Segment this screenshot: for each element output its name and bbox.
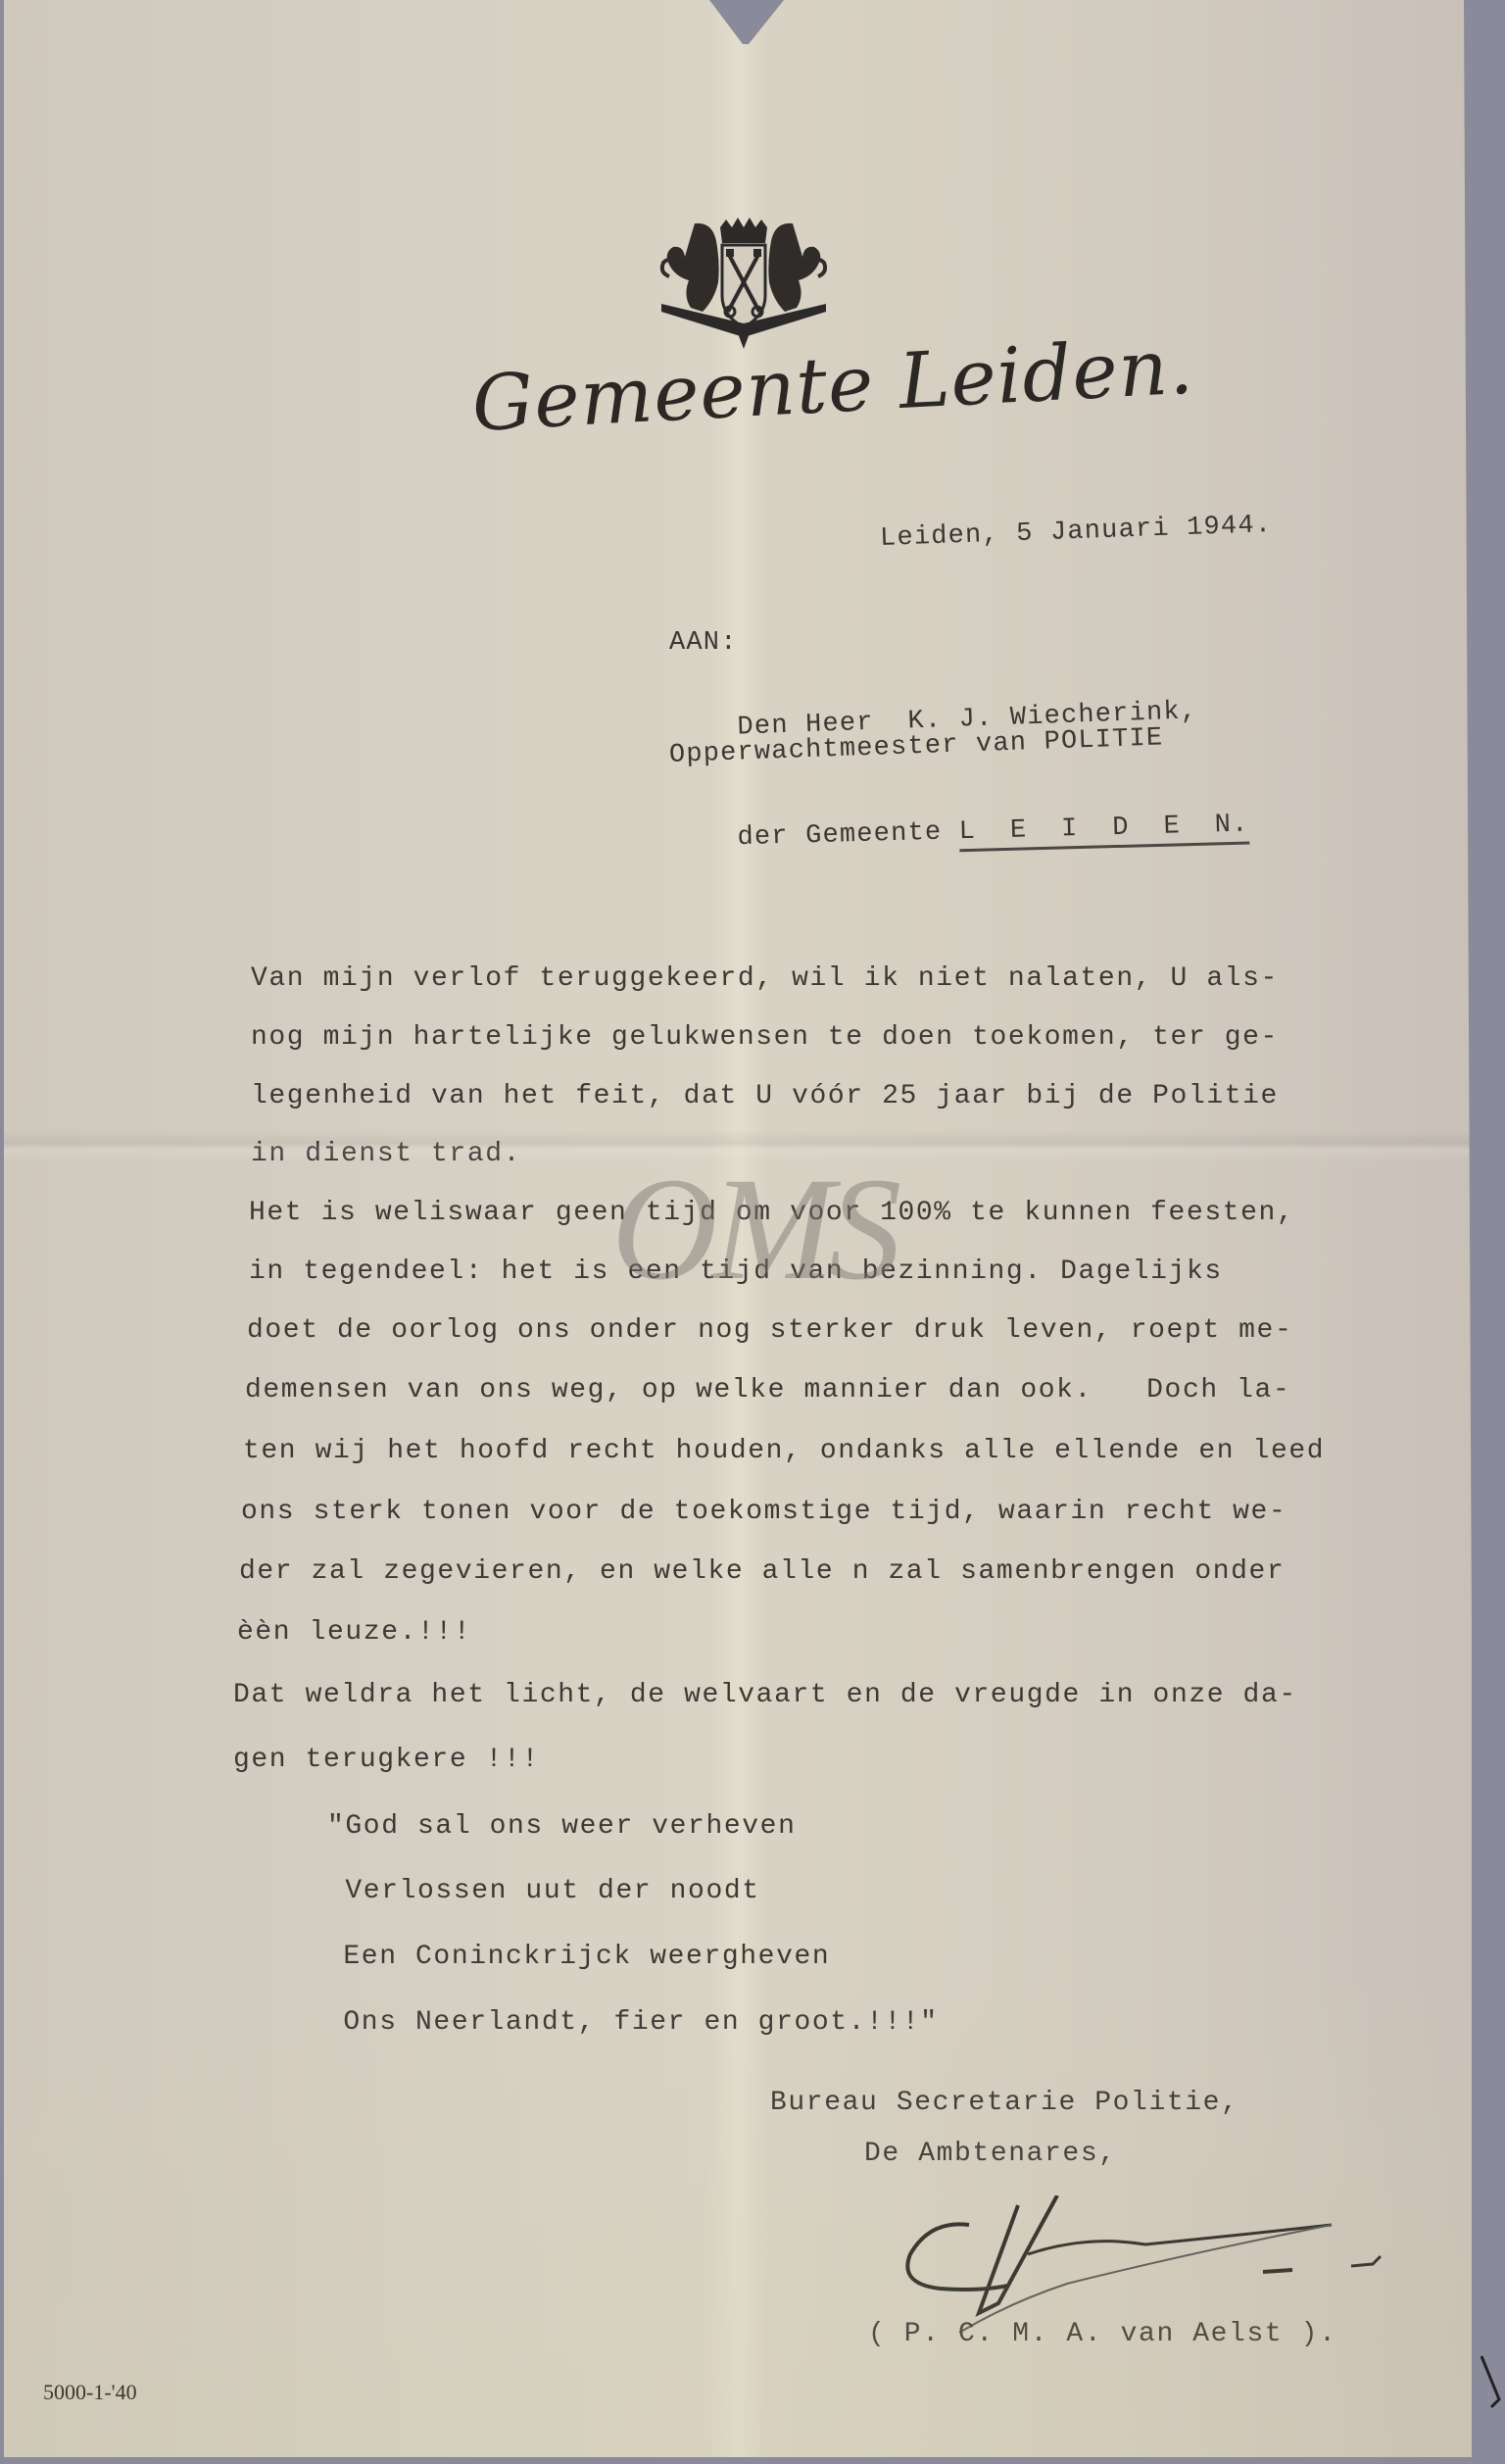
closing-department: Bureau Secretarie Politie,	[770, 2088, 1238, 2118]
poem-line: Een Coninckrijck weergheven	[325, 1942, 830, 1972]
addressee-label: AAN:	[669, 628, 738, 658]
poem-line: Verlossen uut der noodt	[327, 1876, 760, 1906]
body-line: der zal zegevieren, en welke alle n zal …	[239, 1556, 1285, 1587]
addressee-city: L E I D E N.	[958, 811, 1249, 853]
signature-icon	[891, 2195, 1479, 2333]
body-line: ten wij het hoofd recht houden, ondanks …	[243, 1436, 1325, 1466]
date-line: Leiden, 5 Januari 1944.	[880, 511, 1273, 554]
print-code: 5000-1-'40	[43, 2380, 137, 2405]
poem-line: Ons Neerlandt, fier en groot.!!!"	[325, 2007, 939, 2038]
body-line: èèn leuze.!!!	[237, 1617, 471, 1648]
letter-paper: Gemeente Leiden. Leiden, 5 Januari 1944.…	[4, 0, 1472, 2457]
watermark: OMS	[611, 1145, 896, 1313]
pen-mark-icon	[1478, 2352, 1505, 2411]
body-line: in dienst trad.	[251, 1139, 521, 1169]
body-line: Dat weldra het licht, de welvaart en de …	[233, 1680, 1297, 1710]
body-line: ons sterk tonen voor de toekomstige tijd…	[241, 1497, 1287, 1527]
body-line: doet de oorlog ons onder nog sterker dru…	[247, 1315, 1292, 1346]
body-line: Van mijn verlof teruggekeerd, wil ik nie…	[251, 963, 1279, 994]
body-line: demensen van ons weg, op welke mannier d…	[245, 1375, 1290, 1405]
addressee-municipality-line: der Gemeente L E I D E N.	[668, 781, 1250, 884]
body-line: nog mijn hartelijke gelukwensen te doen …	[251, 1022, 1279, 1053]
body-line: legenheid van het feit, dat U vóór 25 ja…	[251, 1081, 1279, 1111]
addressee-municipality-prefix: der Gemeente	[737, 818, 943, 853]
coat-of-arms-icon	[655, 218, 832, 350]
poem-line: "God sal ons weer verheven	[327, 1811, 796, 1842]
closing-role: De Ambtenares,	[864, 2139, 1117, 2169]
letterhead-title: Gemeente Leiden.	[470, 322, 1196, 448]
body-line: gen terugkere !!!	[233, 1745, 540, 1775]
signatory-name: ( P. C. M. A. van Aelst ).	[868, 2319, 1336, 2349]
